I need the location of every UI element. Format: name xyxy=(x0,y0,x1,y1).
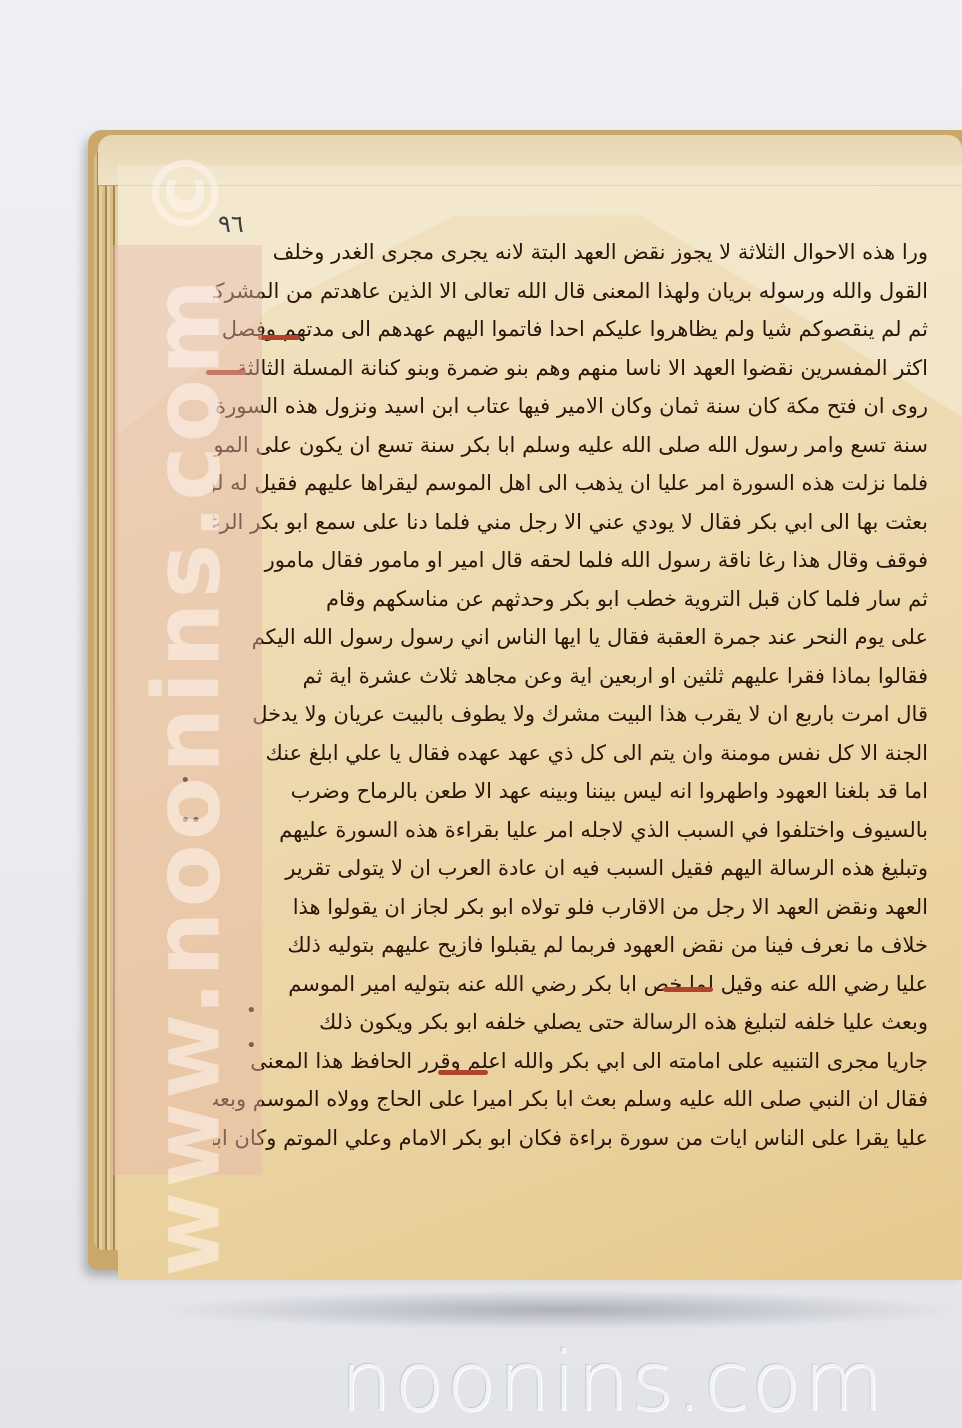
text-line: ثم سار فلما كان قبل التروية خطب ابو بكر … xyxy=(213,580,928,619)
text-line: عليا يقرا على الناس ايات من سورة براءة ف… xyxy=(213,1119,928,1158)
text-line: عليا رضي الله عنه وقيل لما خص ابا بكر رض… xyxy=(213,965,928,1004)
text-line: قال امرت باربع ان لا يقرب هذا البيت مشرك… xyxy=(213,695,928,734)
text-line: جاريا مجرى التنبيه على امامته الى ابي بك… xyxy=(213,1042,928,1081)
red-rubric-mark xyxy=(438,1070,488,1075)
text-line: بعثت بها الى ابي بكر فقال لا يودي عني ال… xyxy=(213,503,928,542)
text-line: ورا هذه الاحوال الثلاثة لا يجوز نقض العه… xyxy=(213,233,928,272)
manuscript-text-block: ورا هذه الاحوال الثلاثة لا يجوز نقض العه… xyxy=(213,233,928,1157)
text-line: روى ان فتح مكة كان سنة ثمان وكان الامير … xyxy=(213,387,928,426)
text-line: اكثر المفسرين نقضوا العهد الا ناسا منهم … xyxy=(213,349,928,388)
text-line: فقال ان النبي صلى الله عليه وسلم بعث ابا… xyxy=(213,1080,928,1119)
text-line: فوقف وقال هذا رغا ناقة رسول الله فلما لح… xyxy=(213,541,928,580)
text-line: سنة تسع وامر رسول الله صلى الله عليه وسل… xyxy=(213,426,928,465)
watermark-vertical: www.noonins.com © xyxy=(112,245,262,1175)
text-line: اما قد بلغنا العهود واطهروا انه ليس بينن… xyxy=(213,772,928,811)
text-line: خلاف ما نعرف فينا من نقض العهود فربما لم… xyxy=(213,926,928,965)
text-line: فلما نزلت هذه السورة امر عليا ان يذهب ال… xyxy=(213,464,928,503)
book-shadow xyxy=(160,1290,960,1330)
text-line: فقالوا بماذا فقرا عليهم ثلثين او اربعين … xyxy=(213,657,928,696)
red-rubric-mark xyxy=(663,987,713,992)
watermark-vertical-text: www.noonins.com © xyxy=(134,143,241,1277)
text-line: على يوم النحر عند جمرة العقبة فقال يا اي… xyxy=(213,618,928,657)
red-rubric-mark xyxy=(258,335,300,340)
text-line: بالسيوف واختلفوا في السبب الذي لاجله امر… xyxy=(213,811,928,850)
text-line: ثم لم ينقصوكم شيا ولم يظاهروا عليكم احدا… xyxy=(213,310,928,349)
text-line: القول والله ورسوله بريان ولهذا المعنى قا… xyxy=(213,272,928,311)
text-line: وبعث عليا خلفه لتبليغ هذه الرسالة حتى يص… xyxy=(213,1003,928,1042)
text-line: وتبليغ هذه الرسالة اليهم فقيل السبب فيه … xyxy=(213,849,928,888)
text-line: العهد ونقض العهد الا رجل من الاقارب فلو … xyxy=(213,888,928,927)
text-line: الجنة الا كل نفس مومنة وان يتم الى كل ذي… xyxy=(213,734,928,773)
watermark-bottom: noonins.com xyxy=(340,1335,885,1428)
